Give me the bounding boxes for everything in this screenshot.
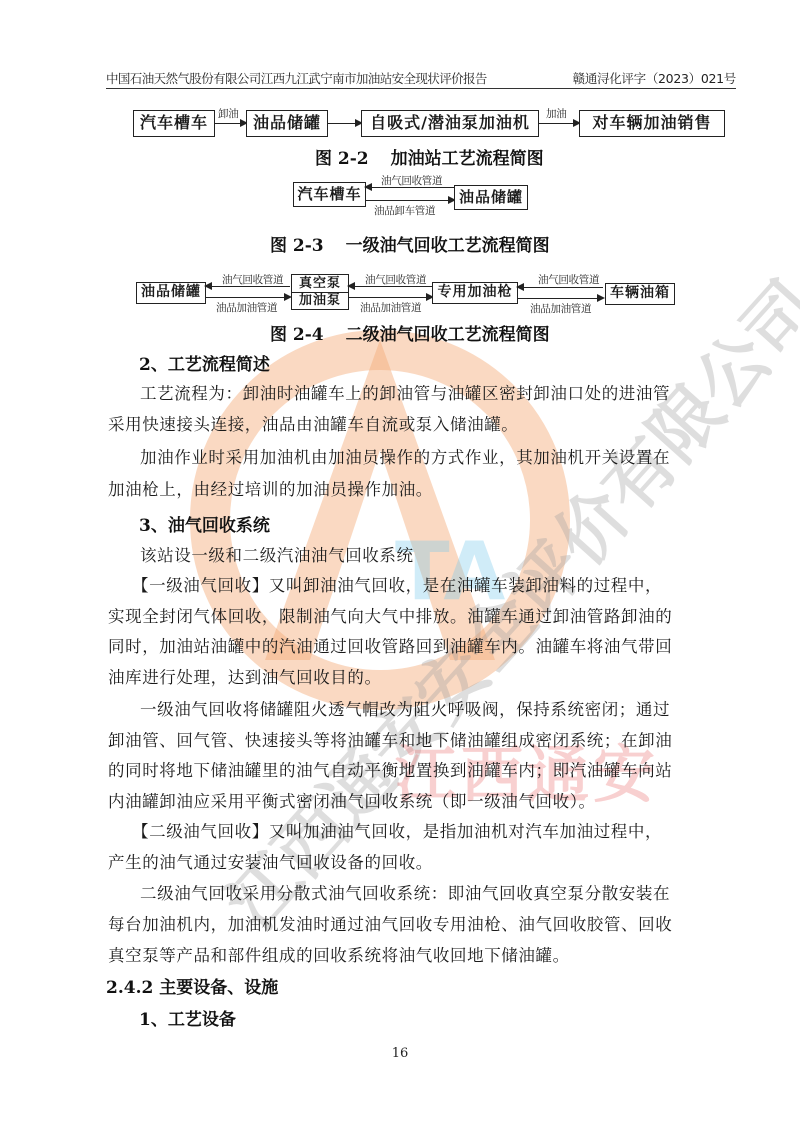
subsection-heading: 2.4.2 主要设备、设施 xyxy=(106,973,278,998)
arrow-label-vapor-return: 油气回收管道 xyxy=(365,272,426,287)
paragraph-line: 的同时将地下储油罐里的油气自动平衡地置换到油罐车内；即汽油罐车向站 xyxy=(108,754,728,788)
document-page: TA 江西通安安全评价有限公司 江西通安 中国石油天然气股份有限公司江西九江武宁… xyxy=(0,0,800,1131)
fuel-pipe-arrow xyxy=(518,298,603,299)
paragraph-line: 真空泵等产品和部件组成的回收系统将油气收回地下储油罐。 xyxy=(108,939,728,973)
flow-box-tanker: 汽车槽车 xyxy=(293,182,366,207)
paragraph-line: 一级油气回收将储罐阻火透气帽改为阻火呼吸阀，保持系统密闭；通过 xyxy=(108,693,728,727)
flow-arrow xyxy=(539,123,579,124)
paragraph-line: 【一级油气回收】又叫卸油油气回收，是在油罐车装卸油料的过程中， xyxy=(108,569,728,603)
paragraph-line: 实现全封闭气体回收，限制油气向大气中排放。油罐车通过卸油管路卸油的 xyxy=(108,600,728,634)
header-report-number: 赣通浔化评字（2023）021号 xyxy=(573,69,736,87)
paragraph-line: 【二级油气回收】又叫加油油气回收，是指加油机对汽车加油过程中， xyxy=(108,815,728,849)
flow-box-storage-tank: 油品储罐 xyxy=(246,110,328,137)
paragraph-line: 每台加油机内，加油机发油时通过油气回收专用油枪、油气回收胶管、回收 xyxy=(108,908,728,942)
pump-fuel-label: 加油泵 xyxy=(292,293,348,309)
paragraph-line: 内油罐卸油应采用平衡式密闭油气回收系统（即一级油气回收）。 xyxy=(108,785,728,819)
flow-box-tanker: 汽车槽车 xyxy=(133,110,215,137)
flow-box-pumps: 真空泵 加油泵 xyxy=(291,274,349,310)
fuel-pipe-arrow xyxy=(349,297,432,298)
arrow-label-fuel-pipe: 油品加油管道 xyxy=(530,301,591,316)
flow-arrow xyxy=(215,123,246,124)
arrow-label-unload-pipe: 油品卸车管道 xyxy=(374,203,435,218)
arrow-label-vapor-return: 油气回收管道 xyxy=(381,173,442,188)
arrow-label-vapor-return: 油气回收管道 xyxy=(222,272,283,287)
flow-arrow xyxy=(328,123,361,124)
arrow-label-refuel: 加油 xyxy=(546,106,566,121)
section-heading: 3、油气回收系统 xyxy=(139,511,270,536)
flow-box-sales: 对车辆加油销售 xyxy=(579,110,725,137)
header-report-title: 中国石油天然气股份有限公司江西九江武宁南市加油站安全现状评价报告 xyxy=(106,69,487,87)
section-heading: 2、工艺流程简述 xyxy=(139,350,270,375)
fuel-pipe-arrow xyxy=(206,297,290,298)
paragraph-line: 卸油管、回气管、快速接头等将油罐车和地下储油罐组成密闭系统；在卸油 xyxy=(108,724,728,758)
paragraph-line: 该站设一级和二级汽油油气回收系统 xyxy=(108,539,728,573)
unload-pipe-arrow xyxy=(366,200,454,201)
flow-box-vehicle-tank: 车辆油箱 xyxy=(605,283,675,305)
vapor-return-arrow xyxy=(518,287,603,288)
paragraph-line: 加油作业时采用加油机由加油员操作的方式作业，其加油机开关设置在 xyxy=(108,441,728,475)
figure-caption: 图 2-2加油站工艺流程简图 xyxy=(315,144,544,169)
paragraph-line: 同时，加油站油罐中的汽油通过回收管路回到油罐车内。油罐车将油气带回 xyxy=(108,630,728,664)
arrow-label-unload: 卸油 xyxy=(218,106,238,121)
flow-box-storage-tank: 油品储罐 xyxy=(454,185,528,210)
arrow-label-fuel-pipe: 油品加油管道 xyxy=(360,300,421,315)
section-heading: 1、工艺设备 xyxy=(139,1005,236,1030)
paragraph-line: 油库进行处理，达到油气回收目的。 xyxy=(108,661,728,695)
arrow-label-fuel-pipe: 油品加油管道 xyxy=(216,300,277,315)
arrow-label-vapor-return: 油气回收管道 xyxy=(538,272,599,287)
figure-caption: 图 2-3一级油气回收工艺流程简图 xyxy=(270,231,550,256)
paragraph-line: 采用快速接头连接，油品由油罐车自流或泵入储油罐。 xyxy=(108,408,728,442)
paragraph-line: 二级油气回收采用分散式油气回收系统：即油气回收真空泵分散安装在 xyxy=(108,877,728,911)
paragraph-line: 工艺流程为：卸油时油罐车上的卸油管与油罐区密封卸油口处的进油管 xyxy=(108,377,728,411)
flow-box-storage-tank: 油品储罐 xyxy=(136,282,206,304)
page-header: 中国石油天然气股份有限公司江西九江武宁南市加油站安全现状评价报告 赣通浔化评字（… xyxy=(106,66,736,89)
flow-box-dispenser: 自吸式/潜油泵加油机 xyxy=(361,110,539,137)
flow-box-nozzle: 专用加油枪 xyxy=(432,282,518,304)
page-number: 16 xyxy=(0,1046,800,1061)
pump-vacuum-label: 真空泵 xyxy=(292,276,348,293)
figure-caption: 图 2-4二级油气回收工艺流程简图 xyxy=(270,320,550,345)
paragraph-line: 产生的油气通过安装油气回收设备的回收。 xyxy=(108,846,728,880)
paragraph-line: 加油枪上，由经过培训的加油员操作加油。 xyxy=(108,473,728,507)
